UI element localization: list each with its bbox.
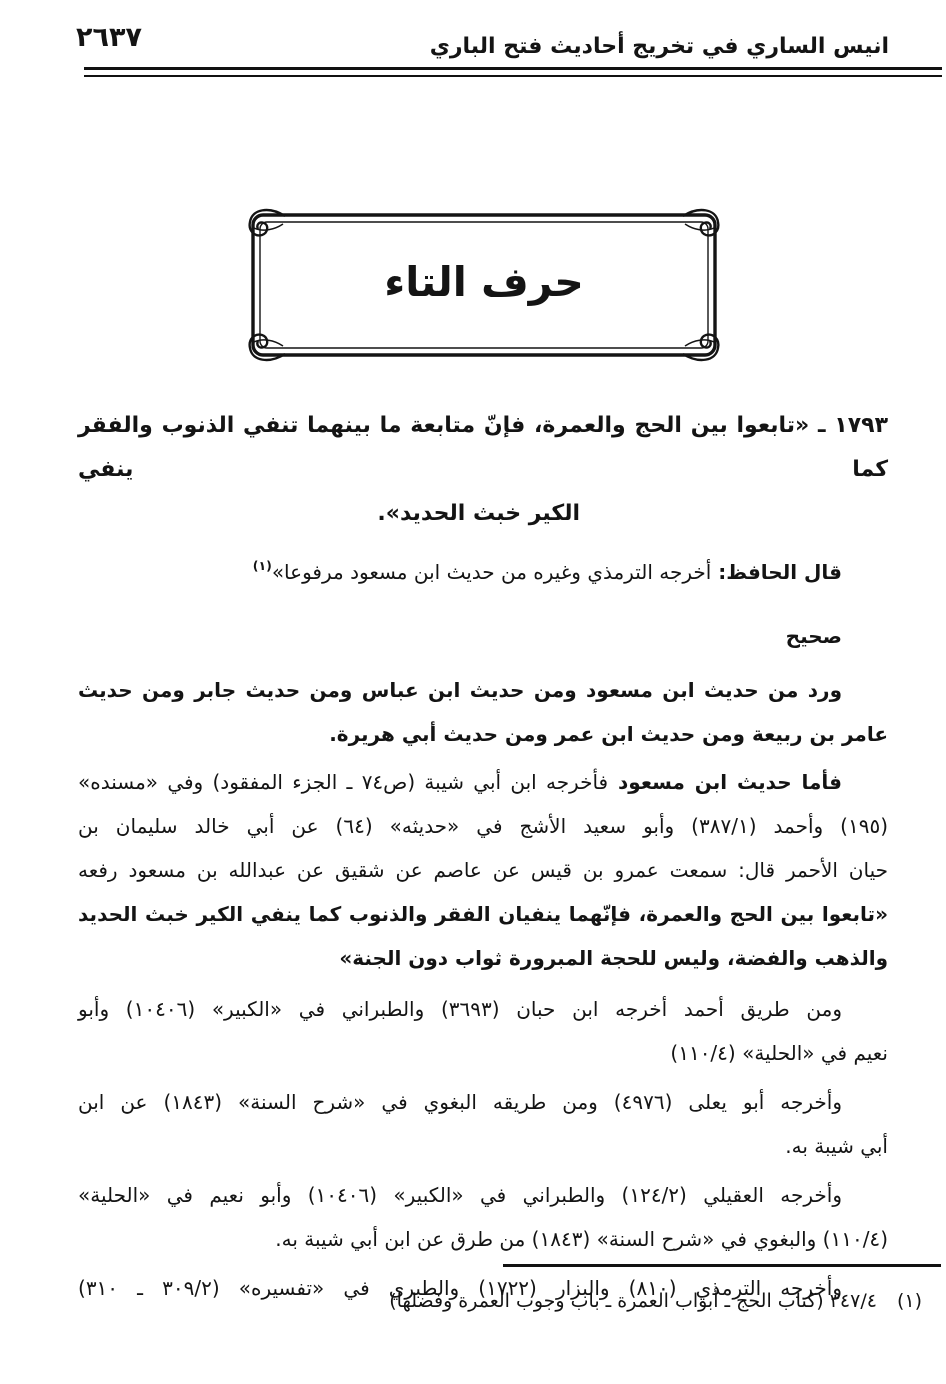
text-segment: عامر بن ربيعة ومن حديث ابن عمر ومن حديث … (329, 722, 888, 746)
book-page: ٢٦٣٧ انيس الساري في تخريج أحاديث فتح الب… (0, 0, 946, 1384)
text-line: صحيح (78, 614, 888, 658)
footnote: (١) ٣٤٧/٤ (كتاب الحج ـ أبواب العمرة ـ با… (32, 1281, 922, 1321)
text-line: وأخرجه أبو يعلى (٤٩٧٦) ومن طريقه البغوي … (78, 1080, 888, 1124)
text-segment: أبي شيبة به. (785, 1134, 888, 1158)
footnote-ref: (١) (253, 558, 272, 573)
text-segment: والذهب والفضة، وليس للحجة المبرورة ثواب … (339, 946, 888, 970)
text-line: فأما حديث ابن مسعود فأخرجه ابن أبي شيبة … (78, 760, 888, 804)
paragraph: وأخرجه أبو يعلى (٤٩٧٦) ومن طريقه البغوي … (78, 1080, 888, 1168)
text-segment: أخرجه الترمذي وغيره من حديث ابن مسعود مر… (272, 560, 712, 584)
chapter-title: حرف التاء (242, 206, 726, 364)
text-line: ورد من حديث ابن مسعود ومن حديث ابن عباس … (78, 668, 888, 712)
text-segment: ومن طريق أحمد أخرجه ابن حبان (٣٦٩٣) والط… (78, 997, 842, 1021)
book-title: انيس الساري في تخريج أحاديث فتح الباري (430, 34, 889, 59)
text-line: أبي شيبة به. (78, 1124, 888, 1168)
paragraph: ١٧٩٣ ـ «تابعوا بين الحج والعمرة، فإنّ مت… (78, 404, 888, 536)
text-segment: (١١٠/٤) والبغوي في «شرح السنة» (١٨٤٣) من… (275, 1227, 888, 1251)
text-line: ١٧٩٣ ـ «تابعوا بين الحج والعمرة، فإنّ مت… (78, 404, 888, 492)
text-segment: فأخرجه ابن أبي شيبة (ص٧٤ ـ الجزء المفقود… (78, 770, 608, 794)
footnote-rule (503, 1264, 941, 1267)
text-segment: ١٧٩٣ ـ «تابعوا بين الحج والعمرة، فإنّ مت… (78, 413, 888, 482)
footnote-text: ٣٤٧/٤ (كتاب الحج ـ أبواب العمرة ـ باب وج… (389, 1281, 877, 1321)
text-line: ومن طريق أحمد أخرجه ابن حبان (٣٦٩٣) والط… (78, 987, 888, 1031)
text-segment: ورد من حديث ابن مسعود ومن حديث ابن عباس … (78, 678, 842, 702)
paragraph: ورد من حديث ابن مسعود ومن حديث ابن عباس … (78, 668, 888, 756)
text-segment: الكير خبث الحديد». (377, 501, 580, 526)
text-line: (١٩٥) وأحمد (٣٨٧/١) وأبو سعيد الأشج في «… (78, 804, 888, 848)
text-line: الكير خبث الحديد». (78, 492, 888, 536)
text-segment: «تابعوا بين الحج والعمرة، فإنّهما ينفيان… (78, 902, 888, 926)
text-segment: نعيم في «الحلية» (١١٠/٤) (670, 1041, 888, 1065)
paragraph: فأما حديث ابن مسعود فأخرجه ابن أبي شيبة … (78, 760, 888, 980)
footnote-marker: (١) (897, 1281, 922, 1321)
text-segment: وأخرجه العقيلي (١٢٤/٢) والطبراني في «الك… (78, 1183, 842, 1207)
text-line: حيان الأحمر قال: سمعت عمرو بن قيس عن عاص… (78, 848, 888, 892)
text-segment: قال الحافظ: (711, 560, 842, 584)
paragraph: قال الحافظ: أخرجه الترمذي وغيره من حديث … (78, 544, 888, 594)
text-segment: حيان الأحمر قال: سمعت عمرو بن قيس عن عاص… (78, 858, 888, 882)
text-line: والذهب والفضة، وليس للحجة المبرورة ثواب … (78, 936, 888, 980)
paragraph: وأخرجه العقيلي (١٢٤/٢) والطبراني في «الك… (78, 1173, 888, 1261)
text-line: (١١٠/٤) والبغوي في «شرح السنة» (١٨٤٣) من… (78, 1217, 888, 1261)
text-segment: (١٩٥) وأحمد (٣٨٧/١) وأبو سعيد الأشج في «… (78, 814, 888, 838)
text-line: قال الحافظ: أخرجه الترمذي وغيره من حديث … (78, 544, 888, 594)
paragraph: ومن طريق أحمد أخرجه ابن حبان (٣٦٩٣) والط… (78, 987, 888, 1075)
text-segment: صحيح (786, 624, 842, 648)
paragraph: صحيح (78, 614, 888, 658)
text-segment: فأما حديث ابن مسعود (608, 770, 842, 794)
text-line: «تابعوا بين الحج والعمرة، فإنّهما ينفيان… (78, 892, 888, 936)
header-rule (84, 67, 942, 77)
text-segment: وأخرجه أبو يعلى (٤٩٧٦) ومن طريقه البغوي … (78, 1090, 842, 1114)
chapter-box: حرف التاء (242, 206, 726, 364)
text-line: وأخرجه العقيلي (١٢٤/٢) والطبراني في «الك… (78, 1173, 888, 1217)
text-line: نعيم في «الحلية» (١١٠/٤) (78, 1031, 888, 1075)
body-text: ١٧٩٣ ـ «تابعوا بين الحج والعمرة، فإنّ مت… (78, 404, 888, 1310)
page-number: ٢٦٣٧ (76, 22, 142, 53)
text-line: عامر بن ربيعة ومن حديث ابن عمر ومن حديث … (78, 712, 888, 756)
